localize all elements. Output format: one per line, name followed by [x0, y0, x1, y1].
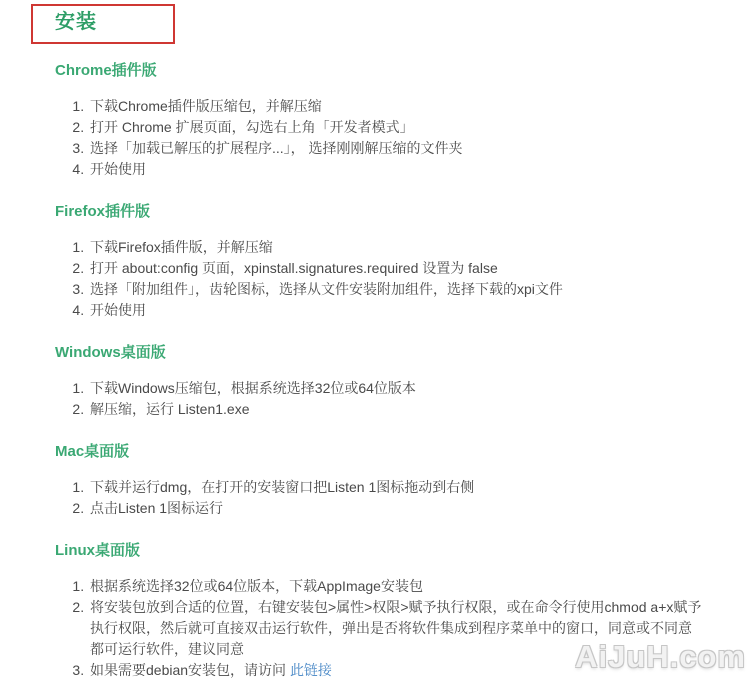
list-item: 解压缩，运行 Listen1.exe	[88, 399, 702, 420]
list-item: 选择「加载已解压的扩展程序...」， 选择刚刚解压缩的文件夹	[88, 138, 702, 159]
section-heading: Chrome插件版	[55, 63, 702, 79]
section-heading: Mac桌面版	[55, 444, 702, 460]
section-list: 下载Chrome插件版压缩包，并解压缩打开 Chrome 扩展页面，勾选右上角「…	[55, 96, 702, 180]
list-item: 下载Windows压缩包，根据系统选择32位或64位版本	[88, 378, 702, 399]
section-list: 下载并运行dmg，在打开的安装窗口把Listen 1图标拖动到右侧点击Liste…	[55, 477, 702, 519]
list-item: 下载并运行dmg，在打开的安装窗口把Listen 1图标拖动到右侧	[88, 477, 702, 498]
section-list: 下载Windows压缩包，根据系统选择32位或64位版本解压缩，运行 Liste…	[55, 378, 702, 420]
install-section: Chrome插件版 下载Chrome插件版压缩包，并解压缩打开 Chrome 扩…	[55, 63, 702, 180]
section-heading: Windows桌面版	[55, 345, 702, 361]
list-item: 开始使用	[88, 300, 702, 321]
title-annotation-box: 安装	[31, 4, 175, 44]
section-list: 下载Firefox插件版，并解压缩打开 about:config 页面，xpin…	[55, 237, 702, 321]
page-title: 安装	[55, 10, 97, 34]
install-section: Firefox插件版 下载Firefox插件版，并解压缩打开 about:con…	[55, 204, 702, 321]
sections: Chrome插件版 下载Chrome插件版压缩包，并解压缩打开 Chrome 扩…	[55, 63, 702, 681]
list-item: 如果需要debian安装包，请访问 此链接	[88, 660, 702, 681]
list-item: 打开 about:config 页面，xpinstall.signatures.…	[88, 258, 702, 279]
section-list: 根据系统选择32位或64位版本，下载AppImage安装包将安装包放到合适的位置…	[55, 576, 702, 681]
section-heading: Linux桌面版	[55, 543, 702, 559]
list-item: 将安装包放到合适的位置，右键安装包>属性>权限>赋予执行权限，或在命令行使用ch…	[88, 597, 702, 660]
list-item: 下载Firefox插件版，并解压缩	[88, 237, 702, 258]
install-section: Mac桌面版 下载并运行dmg，在打开的安装窗口把Listen 1图标拖动到右侧…	[55, 444, 702, 519]
install-section: Linux桌面版 根据系统选择32位或64位版本，下载AppImage安装包将安…	[55, 543, 702, 681]
install-section: Windows桌面版 下载Windows压缩包，根据系统选择32位或64位版本解…	[55, 345, 702, 420]
list-item: 开始使用	[88, 159, 702, 180]
list-item: 根据系统选择32位或64位版本，下载AppImage安装包	[88, 576, 702, 597]
debian-link[interactable]: 此链接	[290, 662, 332, 678]
section-heading: Firefox插件版	[55, 204, 702, 220]
list-item: 打开 Chrome 扩展页面，勾选右上角「开发者模式」	[88, 117, 702, 138]
list-item: 选择「附加组件」，齿轮图标，选择从文件安装附加组件，选择下载的xpi文件	[88, 279, 702, 300]
list-item: 下载Chrome插件版压缩包，并解压缩	[88, 96, 702, 117]
doc-page: 安装 Chrome插件版 下载Chrome插件版压缩包，并解压缩打开 Chrom…	[0, 0, 750, 681]
list-item: 点击Listen 1图标运行	[88, 498, 702, 519]
